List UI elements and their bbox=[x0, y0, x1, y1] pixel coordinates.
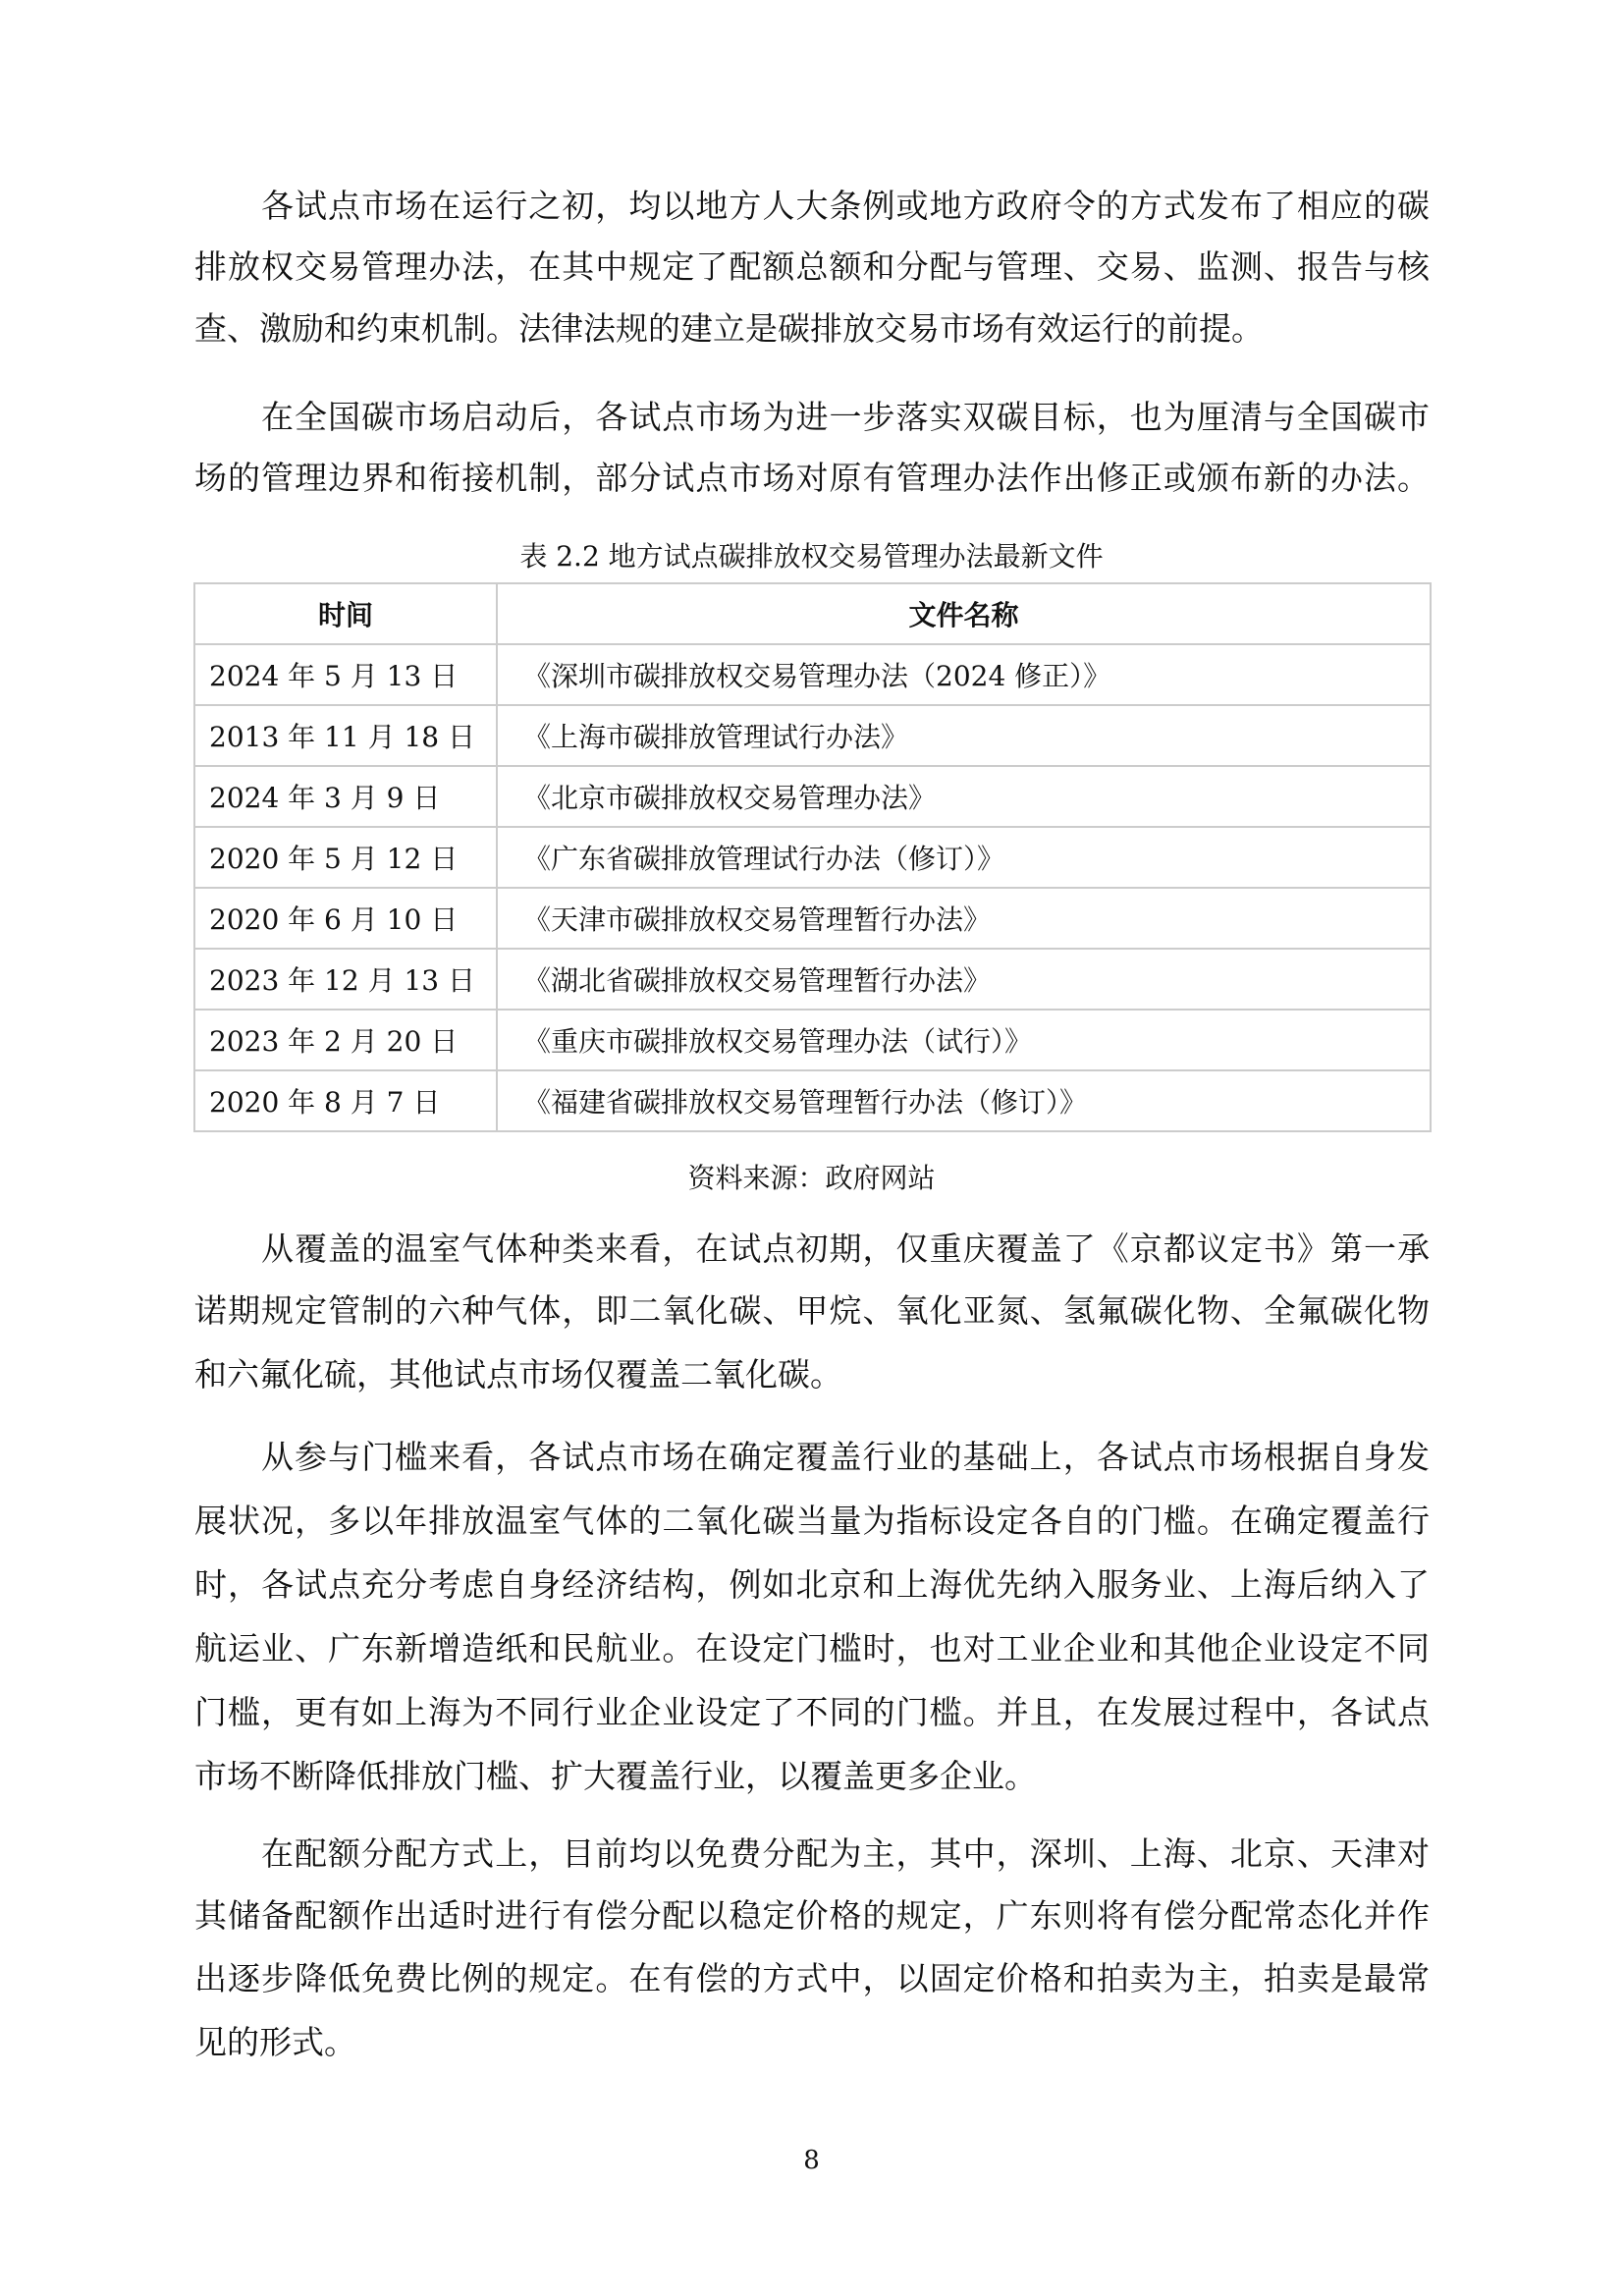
paragraph-line: 场的管理边界和衔接机制，部分试点市场对原有管理办法作出修正或颁布新的办法。 bbox=[194, 459, 1430, 498]
table-row: 2023 年 2 月 20 日 《重庆市碳排放权交易管理办法（试行）》 bbox=[194, 1010, 1431, 1070]
table-row: 2020 年 5 月 12 日 《广东省碳排放管理试行办法（修订）》 bbox=[194, 827, 1431, 888]
table-header-row: 时间 文件名称 bbox=[194, 583, 1431, 644]
paragraph-line: 门槛，更有如上海为不同行业企业设定了不同的门槛。并且，在发展过程中，各试点 bbox=[194, 1693, 1430, 1732]
table-row: 2020 年 8 月 7 日 《福建省碳排放权交易管理暂行办法（修订）》 bbox=[194, 1070, 1431, 1131]
cell-document-name: 《天津市碳排放权交易管理暂行办法》 bbox=[497, 888, 1431, 949]
paragraph-line: 在全国碳市场启动后，各试点市场为进一步落实双碳目标，也为厘清与全国碳市 bbox=[261, 398, 1430, 437]
cell-document-name: 《广东省碳排放管理试行办法（修订）》 bbox=[497, 827, 1431, 888]
paragraph-line: 航运业、广东新增造纸和民航业。在设定门槛时，也对工业企业和其他企业设定不同 bbox=[194, 1629, 1430, 1668]
table-row: 2020 年 6 月 10 日 《天津市碳排放权交易管理暂行办法》 bbox=[194, 888, 1431, 949]
paragraph-line: 见的形式。 bbox=[194, 2023, 1430, 2062]
paragraph-line: 市场不断降低排放门槛、扩大覆盖行业，以覆盖更多企业。 bbox=[194, 1757, 1430, 1796]
paragraph-line: 从参与门槛来看，各试点市场在确定覆盖行业的基础上，各试点市场根据自身发 bbox=[261, 1438, 1430, 1477]
cell-document-name: 《福建省碳排放权交易管理暂行办法（修订）》 bbox=[497, 1070, 1431, 1131]
paragraph-line: 诺期规定管制的六种气体，即二氧化碳、甲烷、氧化亚氮、氢氟碳化物、全氟碳化物 bbox=[194, 1291, 1430, 1331]
paragraph-line: 各试点市场在运行之初，均以地方人大条例或地方政府令的方式发布了相应的碳 bbox=[261, 187, 1430, 226]
paragraph-line: 出逐步降低免费比例的规定。在有偿的方式中，以固定价格和拍卖为主，拍卖是最常 bbox=[194, 1959, 1430, 1998]
cell-date: 2020 年 8 月 7 日 bbox=[194, 1070, 497, 1131]
cell-date: 2013 年 11 月 18 日 bbox=[194, 705, 497, 766]
table-caption: 表 2.2 地方试点碳排放权交易管理办法最新文件 bbox=[0, 539, 1623, 574]
cell-date: 2024 年 3 月 9 日 bbox=[194, 766, 497, 827]
paragraph-line: 时，各试点充分考虑自身经济结构，例如北京和上海优先纳入服务业、上海后纳入了 bbox=[194, 1565, 1430, 1605]
cell-date: 2020 年 6 月 10 日 bbox=[194, 888, 497, 949]
table-row: 2024 年 3 月 9 日 《北京市碳排放权交易管理办法》 bbox=[194, 766, 1431, 827]
cell-document-name: 《湖北省碳排放权交易管理暂行办法》 bbox=[497, 949, 1431, 1010]
paragraph-line: 在配额分配方式上，目前均以免费分配为主，其中，深圳、上海、北京、天津对 bbox=[261, 1834, 1430, 1874]
cell-document-name: 《上海市碳排放管理试行办法》 bbox=[497, 705, 1431, 766]
cell-date: 2020 年 5 月 12 日 bbox=[194, 827, 497, 888]
paragraph-line: 排放权交易管理办法，在其中规定了配额总额和分配与管理、交易、监测、报告与核 bbox=[194, 247, 1430, 287]
cell-date: 2023 年 2 月 20 日 bbox=[194, 1010, 497, 1070]
paragraph-line: 其储备配额作出适时进行有偿分配以稳定价格的规定，广东则将有偿分配常态化并作 bbox=[194, 1896, 1430, 1936]
cell-document-name: 《北京市碳排放权交易管理办法》 bbox=[497, 766, 1431, 827]
paragraph-line: 展状况，多以年排放温室气体的二氧化碳当量为指标设定各自的门槛。在确定覆盖行 bbox=[194, 1502, 1430, 1541]
table-row: 2023 年 12 月 13 日 《湖北省碳排放权交易管理暂行办法》 bbox=[194, 949, 1431, 1010]
cell-document-name: 《重庆市碳排放权交易管理办法（试行）》 bbox=[497, 1010, 1431, 1070]
page-number: 8 bbox=[0, 2145, 1623, 2176]
cell-document-name: 《深圳市碳排放权交易管理办法（2024 修正）》 bbox=[497, 644, 1431, 705]
table-row: 2013 年 11 月 18 日 《上海市碳排放管理试行办法》 bbox=[194, 705, 1431, 766]
regulations-table: 时间 文件名称 2024 年 5 月 13 日 《深圳市碳排放权交易管理办法（2… bbox=[193, 582, 1432, 1132]
paragraph-line: 查、激励和约束机制。法律法规的建立是碳排放交易市场有效运行的前提。 bbox=[194, 309, 1430, 349]
table-row: 2024 年 5 月 13 日 《深圳市碳排放权交易管理办法（2024 修正）》 bbox=[194, 644, 1431, 705]
column-header-document-name: 文件名称 bbox=[497, 583, 1431, 644]
table-source-note: 资料来源：政府网站 bbox=[0, 1161, 1623, 1196]
cell-date: 2024 年 5 月 13 日 bbox=[194, 644, 497, 705]
cell-date: 2023 年 12 月 13 日 bbox=[194, 949, 497, 1010]
paragraph-line: 从覆盖的温室气体种类来看，在试点初期，仅重庆覆盖了《京都议定书》第一承 bbox=[261, 1230, 1430, 1269]
paragraph-line: 和六氟化硫，其他试点市场仅覆盖二氧化碳。 bbox=[194, 1355, 1430, 1394]
column-header-date: 时间 bbox=[194, 583, 497, 644]
